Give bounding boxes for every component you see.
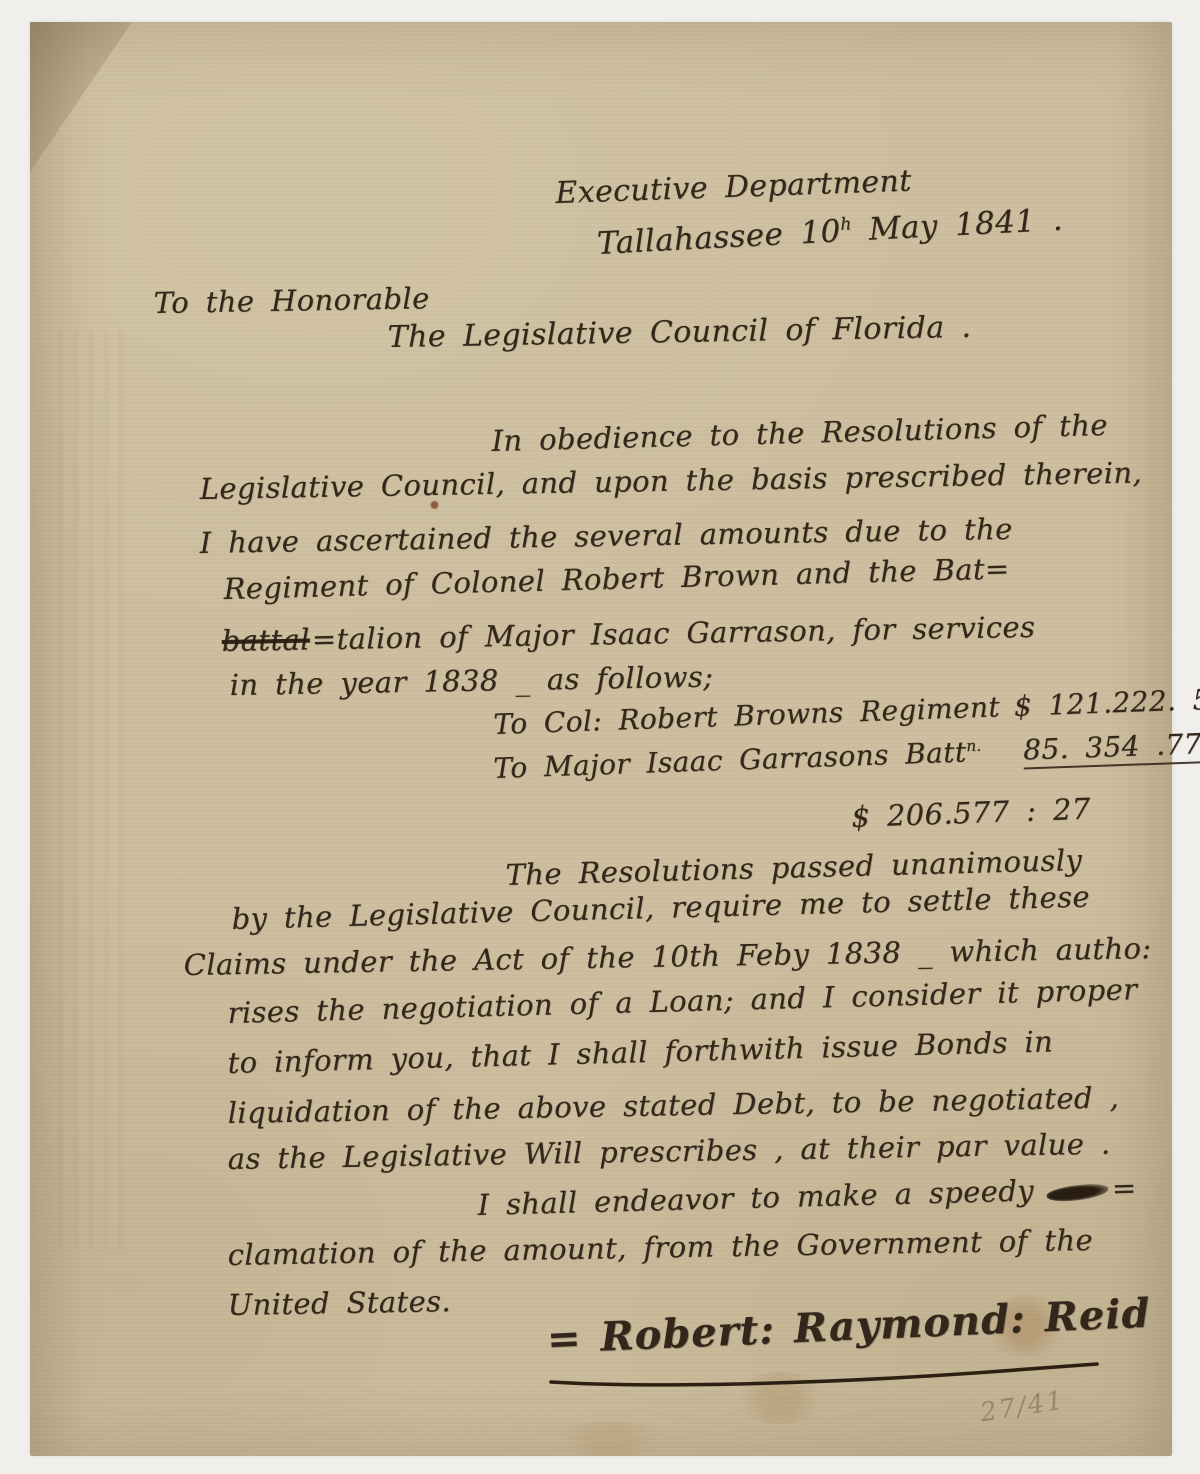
body-line-text: = — [1111, 1171, 1137, 1206]
signature-underline — [545, 1358, 1105, 1390]
amount-value: $ 121.222. 50 — [1013, 682, 1200, 722]
salutation-line-1: To the Honorable — [153, 281, 429, 320]
struck-out-word: battal — [221, 622, 310, 658]
paper-stain — [545, 1422, 675, 1456]
scanned-letter: Executive Department Tallahassee 10h May… — [0, 0, 1200, 1474]
paper-texture-streaks — [58, 330, 128, 1250]
amount-value: 85. 354 .77 — [1023, 727, 1200, 769]
amount-label-superscript: n. — [966, 737, 981, 756]
body-line: United States. — [227, 1284, 451, 1322]
ink-blot — [1045, 1182, 1108, 1204]
